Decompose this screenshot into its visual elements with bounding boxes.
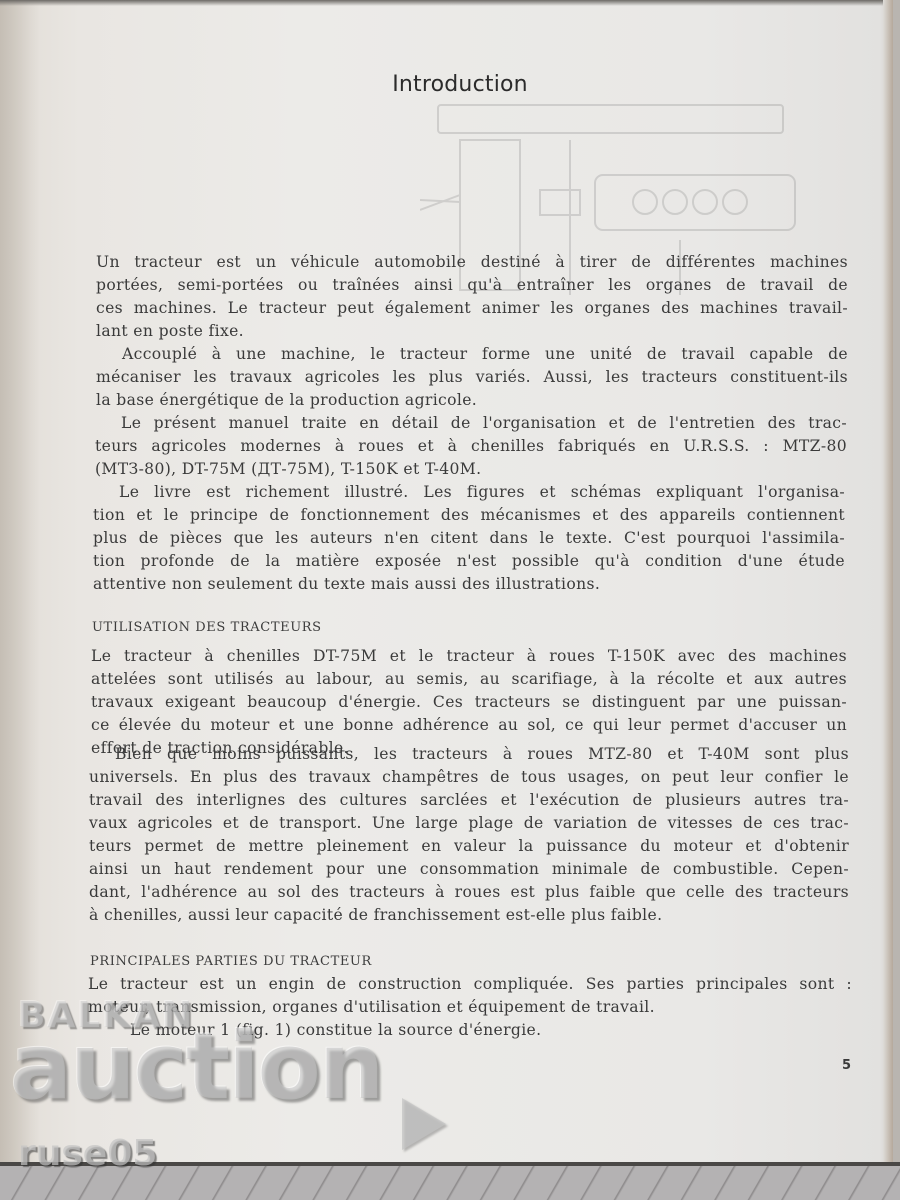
intro-paragraph-2: Accouplé à une machine, le tracteur form… [96, 343, 848, 412]
page-spine-shadow [0, 0, 40, 1162]
text-line: vaux agricoles et de transport. Une larg… [89, 812, 849, 835]
text-line: Le tracteur à chenilles DT-75M et le tra… [91, 645, 847, 668]
text-line: mécaniser les travaux agricoles les plus… [96, 366, 848, 389]
text-line: Le tracteur est un engin de construction… [88, 973, 852, 996]
text-line: Le présent manuel traite en détail de l'… [95, 412, 847, 435]
text-line: attentive non seulement du texte mais au… [93, 573, 845, 596]
text-line: ces machines. Le tracteur peut également… [96, 297, 848, 320]
text-line: universels. En plus des travaux champêtr… [89, 766, 849, 789]
text-line: plus de pièces que les auteurs n'en cite… [93, 527, 845, 550]
section-heading-utilisation: UTILISATION DES TRACTEURS [92, 620, 322, 635]
book-page: Introduction Un tracteur est un véhicule… [0, 0, 893, 1162]
text-line: travaux exigeant beaucoup d'énergie. Ces… [91, 691, 847, 714]
intro-paragraph-4: Le livre est richement illustré. Les fig… [93, 481, 845, 596]
text-line: teurs permet de mettre pleinement en val… [89, 835, 849, 858]
text-line: attelées sont utilisés au labour, au sem… [91, 668, 847, 691]
text-line: teurs agricoles modernes à roues et à ch… [95, 435, 847, 458]
text-line: dant, l'adhérence au sol des tracteurs à… [89, 881, 849, 904]
text-line: la base énergétique de la production agr… [96, 389, 848, 412]
text-line: moteur, transmission, organes d'utilisat… [88, 996, 852, 1019]
section-2-paragraph-2: Le moteur 1 (fig. 1) constitue la source… [88, 1019, 852, 1042]
text-line: lant en poste fixe. [96, 320, 848, 343]
page-right-edge [883, 0, 893, 1162]
text-line: (МТЗ-80), DT-75M (ДТ-75М), T-150K et T-4… [95, 458, 847, 481]
text-line: à chenilles, aussi leur capacité de fran… [89, 904, 849, 927]
table-surface-background [0, 1162, 900, 1200]
intro-paragraph-3: Le présent manuel traite en détail de l'… [95, 412, 847, 481]
text-line: ainsi un haut rendement pour une consomm… [89, 858, 849, 881]
text-line: travail des interlignes des cultures sar… [89, 789, 849, 812]
text-line: Accouplé à une machine, le tracteur form… [96, 343, 848, 366]
text-line: tion profonde de la matière exposée n'es… [93, 550, 845, 573]
text-line: portées, semi-portées ou traînées ainsi … [96, 274, 848, 297]
section-2-paragraph-1: Le tracteur est un engin de construction… [88, 973, 852, 1019]
intro-paragraph-1: Un tracteur est un véhicule automobile d… [96, 251, 848, 343]
text-line: Bien que moins puissants, les tracteurs … [89, 743, 849, 766]
page-number: 5 [842, 1058, 851, 1073]
text-line: Un tracteur est un véhicule automobile d… [96, 251, 848, 274]
page-title: Introduction [0, 72, 893, 97]
page-top-shadow [0, 0, 893, 6]
text-line: tion et le principe de fonctionnement de… [93, 504, 845, 527]
section-heading-principales-parties: PRINCIPALES PARTIES DU TRACTEUR [90, 954, 372, 969]
text-line: Le livre est richement illustré. Les fig… [93, 481, 845, 504]
section-1-paragraph-2: Bien que moins puissants, les tracteurs … [89, 743, 849, 927]
text-line: ce élevée du moteur et une bonne adhéren… [91, 714, 847, 737]
text-line: Le moteur 1 (fig. 1) constitue la source… [88, 1019, 852, 1042]
